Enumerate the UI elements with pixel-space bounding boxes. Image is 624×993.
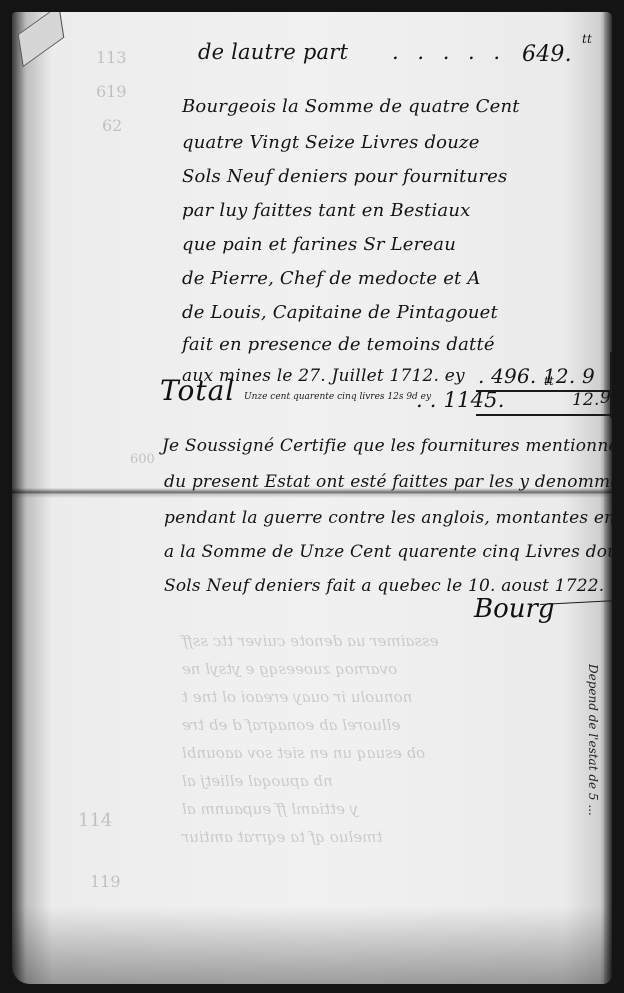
bleed-number: 600: [130, 452, 155, 467]
leader-dots: . . . . .: [392, 40, 506, 64]
entry-amount: . 496. 12. 9: [478, 364, 595, 388]
bleed-number: 119: [90, 872, 121, 891]
livres-superscript: tt: [582, 32, 592, 46]
bleed-number: 619: [96, 82, 127, 101]
certification-line: Sols Neuf deniers fait a quebec le 10. a…: [164, 576, 604, 596]
entry-line: Sols Neuf deniers pour fournitures: [182, 166, 507, 187]
bleed-text-line: essaimer ua denote cuiver ttc ssff: [182, 632, 439, 650]
certification-line: a la Somme de Unze Cent quarente cinq Li…: [164, 542, 612, 562]
scan-frame: 113 619 62 114 600 119 essaimer ua denot…: [0, 0, 624, 993]
certification-line: du present Estat ont esté faittes par le…: [164, 472, 612, 492]
ledger-rule: [476, 414, 612, 416]
entry-line: que pain et farines Sr Lereau: [182, 234, 456, 255]
entry-line: Bourgeois la Somme de quatre Cent: [182, 96, 520, 117]
bleed-text-line: elluorel ab eonaqraf d eb tre: [182, 716, 400, 734]
page-right-edge: [604, 12, 612, 984]
certification-line: pendant la guerre contre les anglois, mo…: [164, 508, 612, 528]
entry-line: de Pierre, Chef de medocte et A: [182, 268, 481, 289]
carried-forward-label: de lautre part: [198, 40, 348, 64]
entry-line: fait en presence de temoins datté: [182, 334, 495, 355]
total-sols: 12.: [572, 390, 600, 410]
total-livres-superscript: tt: [544, 374, 554, 388]
margin-note: Depend de l'estat de 5 ...: [586, 664, 600, 816]
bleed-text-line: nb apuoqal ellietj al: [182, 772, 333, 790]
bleed-text-line: nonuolu ir ouay ereaoi ol tne t: [182, 688, 412, 706]
carried-forward-amount: 649.: [522, 42, 572, 67]
bleed-text-line: ob esuaq un en siet sov aaounbl: [182, 744, 425, 762]
bleed-number: 62: [102, 116, 122, 135]
bleed-number: 113: [96, 48, 127, 67]
total-label: Total: [160, 374, 235, 407]
total-amount: . . 1145.: [416, 388, 505, 412]
bleed-number: 114: [78, 810, 112, 831]
page-corner-tab: [18, 12, 65, 67]
ledger-vertical-rule: [610, 352, 612, 418]
entry-line: par luy faittes tant en Bestiaux: [182, 200, 471, 221]
entry-line: quatre Vingt Seize Livres douze: [182, 132, 480, 153]
manuscript-page: 113 619 62 114 600 119 essaimer ua denot…: [12, 12, 612, 984]
total-in-words: Unze cent quarente cinq livres 12s 9d ey: [244, 392, 431, 402]
bleed-text-line: y ettiaml ff eupaunm al: [182, 800, 358, 818]
certification-line: Je Soussigné Certifie que les fourniture…: [162, 436, 612, 456]
entry-line: de Louis, Capitaine de Pintagouet: [182, 302, 498, 323]
signature: Bourg: [474, 594, 555, 624]
bleed-text-line: ovarnoq zuoeesqg e ytsyl ne: [182, 660, 397, 678]
bleed-text-line: tmeluo qf ta eqrrat amtiur: [182, 828, 382, 846]
total-deniers: 9: [600, 388, 611, 408]
